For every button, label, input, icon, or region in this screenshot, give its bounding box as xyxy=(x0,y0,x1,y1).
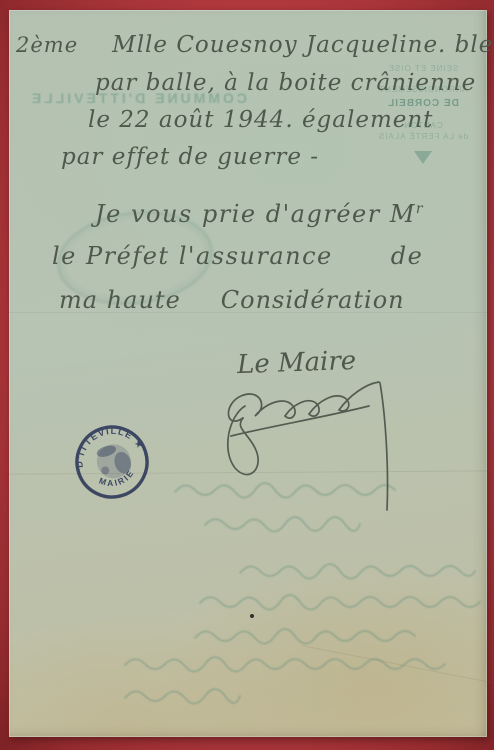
superscript-r: r xyxy=(416,201,424,217)
handwritten-text: ma haute xyxy=(59,286,181,314)
bleedthrough-handwriting-line xyxy=(125,689,240,704)
signature-stroke xyxy=(380,383,388,510)
mairie-stamp: D'ITTEVILLE ★ MAIRIE xyxy=(70,420,154,509)
handwritten-text: Mlle Couesnoy Jacqueline. blessure xyxy=(112,32,494,58)
bleedthrough-handwriting-line xyxy=(240,564,475,579)
handwritten-line-1: 2ème Mlle Couesnoy Jacqueline. blessure xyxy=(16,32,494,58)
handwritten-line-7: ma haute Considération xyxy=(59,286,405,314)
photo-of-letter: COMMUNE D'ITTEVILLE SEINE ET OISE ARROND… xyxy=(0,0,494,750)
handwritten-text: Je vous prie d'agréer M xyxy=(95,200,416,228)
mayor-signature xyxy=(209,372,414,527)
handwritten-line-6: le Préfet l'assurance de xyxy=(52,242,423,270)
signature-stroke xyxy=(231,406,369,436)
marginal-number: 2ème xyxy=(16,33,78,57)
signature-stroke xyxy=(228,382,379,421)
handwritten-line-2: par balle, à la boite crânienne xyxy=(95,70,476,96)
handwritten-line-4: par effet de guerre - xyxy=(61,144,319,170)
handwritten-line-5: Je vous prie d'agréer Mr xyxy=(95,200,424,228)
handwritten-text: Considération xyxy=(221,286,405,314)
handwritten-text: de xyxy=(391,242,424,270)
ink-speck xyxy=(250,614,254,618)
bleedthrough-handwriting-line xyxy=(200,595,480,610)
signature-stroke xyxy=(228,406,258,475)
bleedthrough-handwriting-line xyxy=(195,629,415,644)
handwritten-text: le Préfet l'assurance xyxy=(52,242,333,270)
letter-paper: COMMUNE D'ITTEVILLE SEINE ET OISE ARROND… xyxy=(9,10,487,737)
handwritten-line-3: le 22 août 1944. également xyxy=(88,107,433,133)
